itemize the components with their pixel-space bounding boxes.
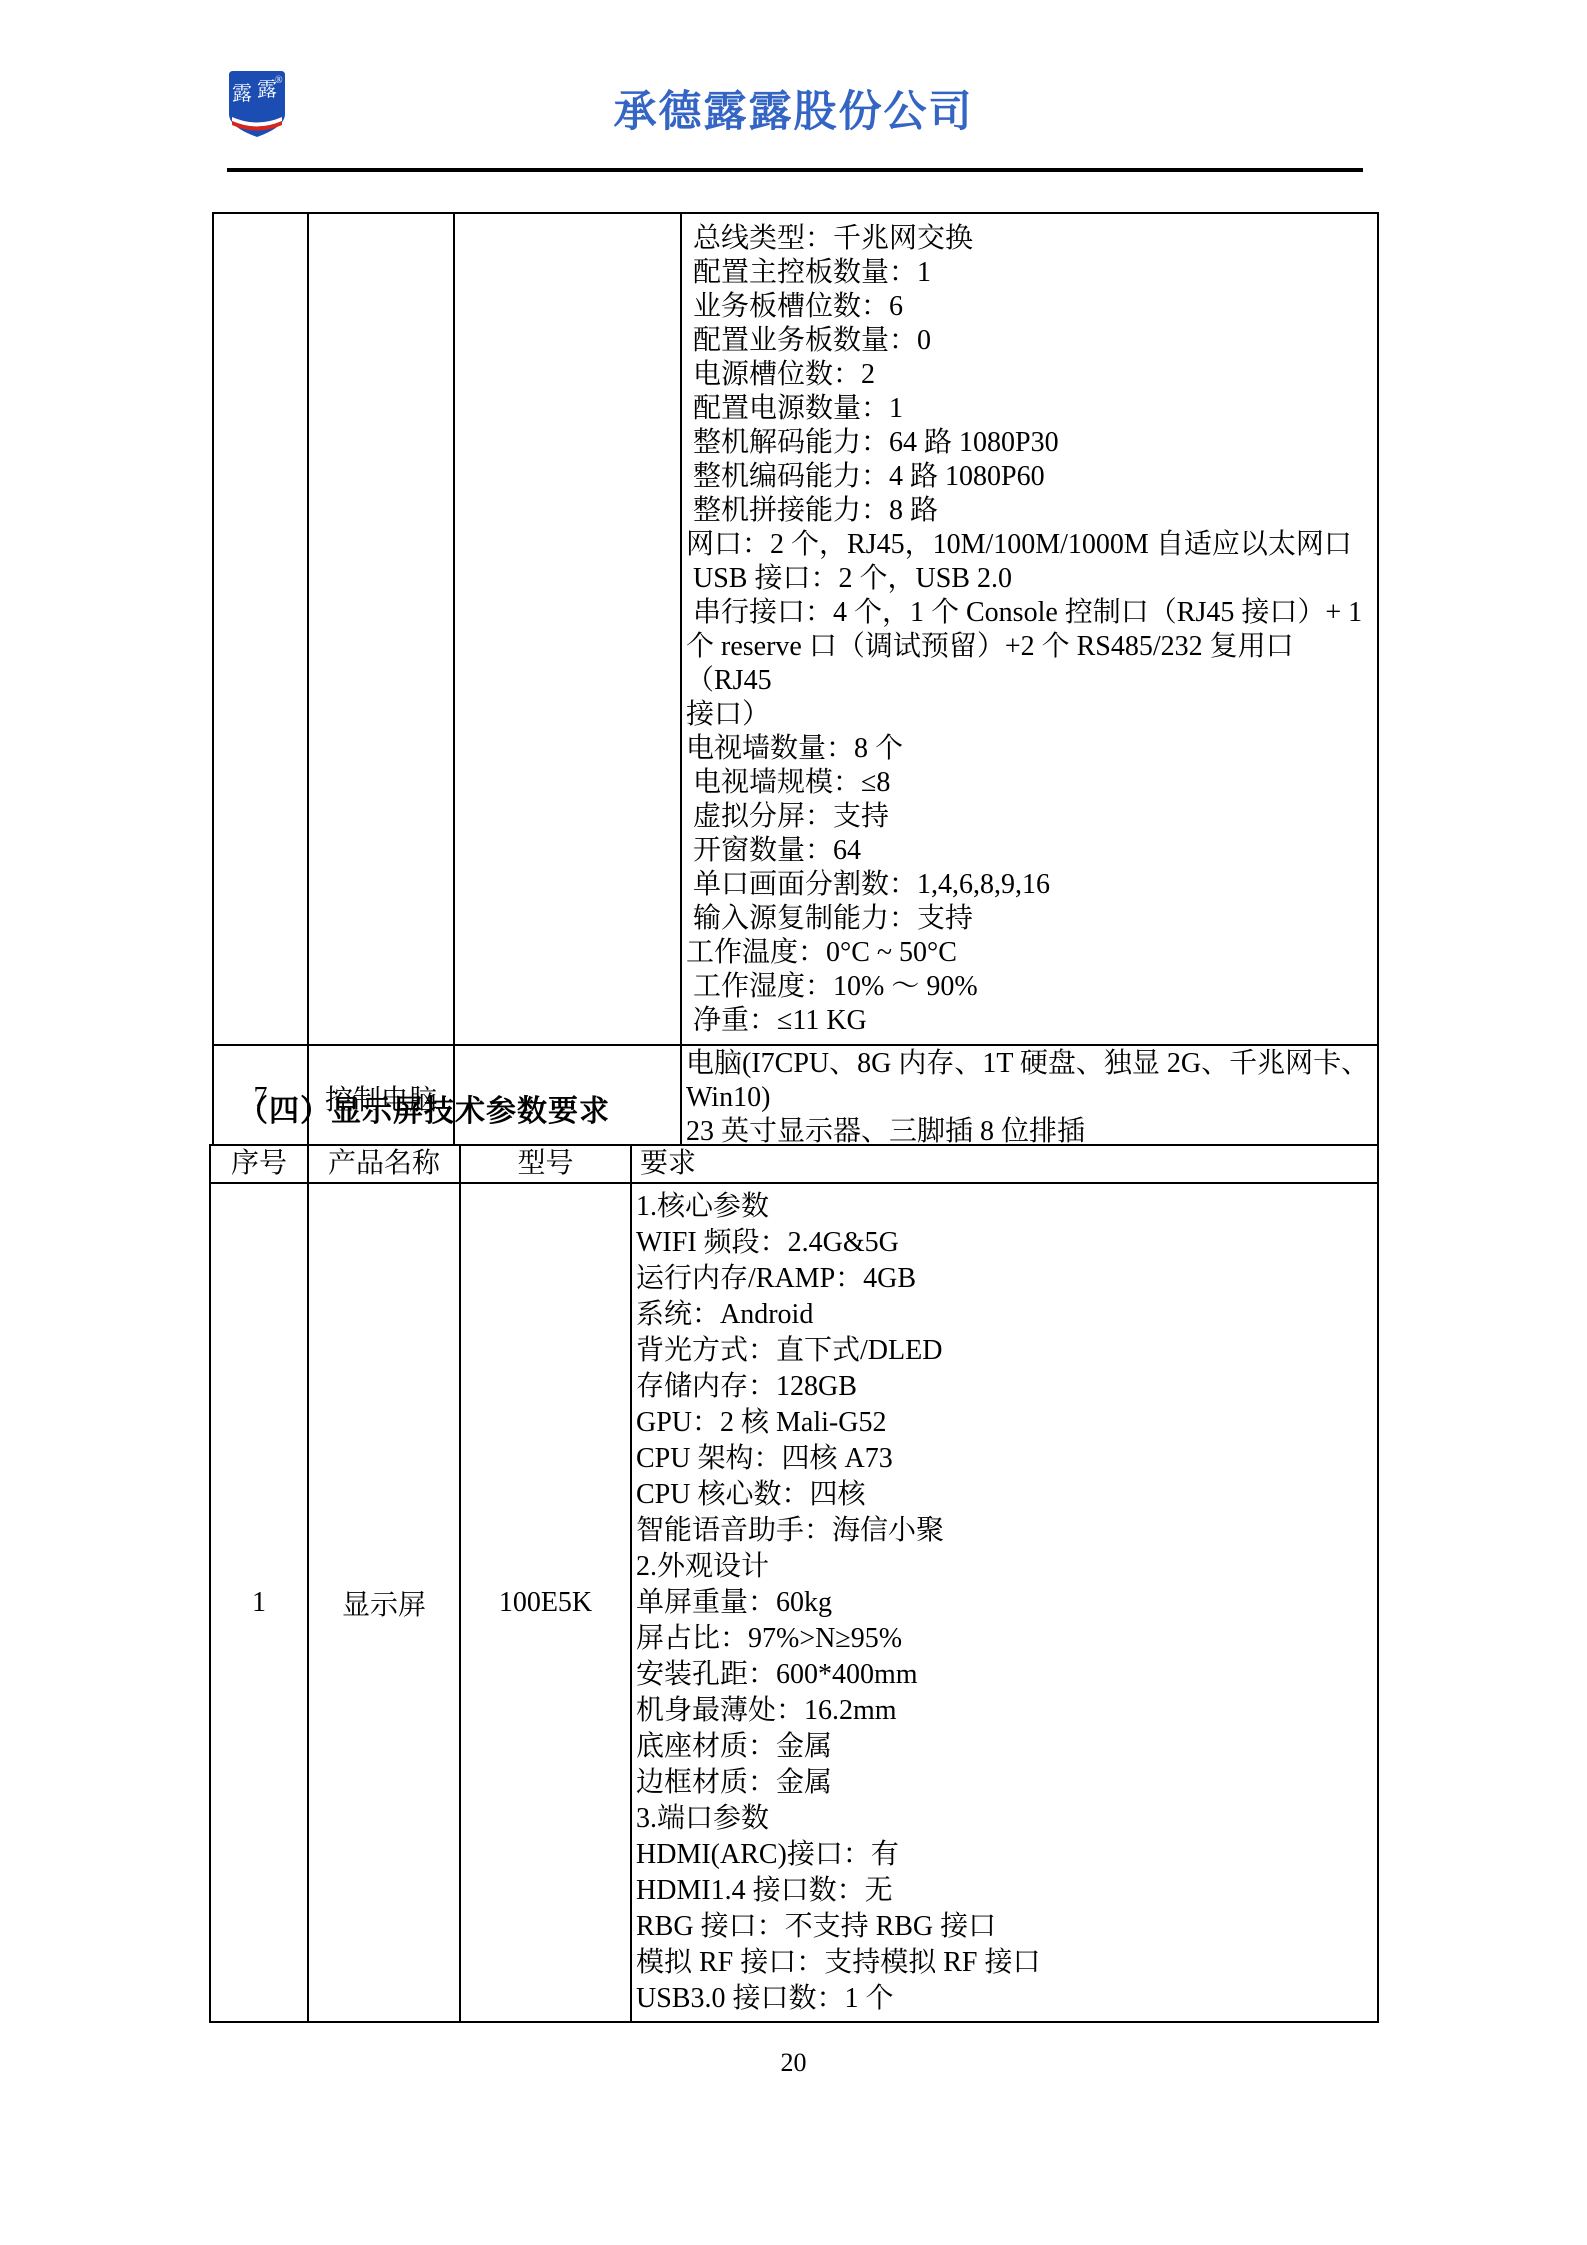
requirement-line: 安装孔距：600*400mm [636,1657,1371,1693]
requirement-line: 智能语音助手：海信小聚 [636,1513,1371,1549]
requirement-line: USB3.0 接口数：1 个 [636,1981,1371,2017]
requirement-line: 业务板槽位数：6 [686,290,1371,324]
header-cell-3: 要求 [630,1146,1377,1182]
seq-cell [214,214,307,1044]
requirements-cell: 1.核心参数WIFI 频段：2.4G&5G运行内存/RAMP：4GB系统：And… [630,1184,1377,2021]
requirement-line: 边框材质：金属 [636,1765,1371,1801]
requirement-line: 3.端口参数 [636,1801,1371,1837]
seq-cell-text: 1 [252,1587,266,1619]
seq-cell: 1 [211,1184,307,2021]
requirement-line: 配置业务板数量：0 [686,324,1371,358]
requirement-line: 电视墙数量：8 个 [686,732,1371,766]
requirement-line: 串行接口：4 个，1 个 Console 控制口（RJ45 接口）+ 1 [686,596,1371,630]
requirement-line: 电源槽位数：2 [686,358,1371,392]
model-cell-text: 100E5K [499,1587,592,1619]
requirement-line: 整机编码能力：4 路 1080P60 [686,460,1371,494]
av-equipment-spec-table: 总线类型：千兆网交换 配置主控板数量：1 业务板槽位数：6 配置业务板数量：0 … [212,212,1379,1152]
requirement-line: 电视墙规模：≤8 [686,766,1371,800]
section-heading: （四）显示屏技术参数要求 [238,1086,610,1130]
requirement-line: 存储内存：128GB [636,1369,1371,1405]
requirement-line: 背光方式：直下式/DLED [636,1333,1371,1369]
requirement-line: 总线类型：千兆网交换 [686,222,1371,256]
requirement-line: 配置电源数量：1 [686,392,1371,426]
requirement-line: 整机解码能力：64 路 1080P30 [686,426,1371,460]
requirement-line: 网口：2 个，RJ45，10M/100M/1000M 自适应以太网口 [686,528,1371,562]
requirement-line: 虚拟分屏：支持 [686,800,1371,834]
requirement-line: 输入源复制能力：支持 [686,902,1371,936]
header-cell-2: 型号 [459,1146,630,1182]
requirement-line: 单口画面分割数：1,4,6,8,9,16 [686,868,1371,902]
requirement-line: RBG 接口：不支持 RBG 接口 [636,1909,1371,1945]
header-cell-3-text: 要求 [640,1146,696,1182]
requirements-cell: 总线类型：千兆网交换 配置主控板数量：1 业务板槽位数：6 配置业务板数量：0 … [680,214,1377,1044]
requirement-line: USB 接口：2 个，USB 2.0 [686,562,1371,596]
product-cell-text: 显示屏 [342,1583,426,1623]
document-page: 露 露 ® 承德露露股份公司 总线类型：千兆网交换 配置主控板数量：1 业务板槽… [0,0,1587,2245]
product-cell: 显示屏 [307,1184,459,2021]
page-number: 20 [0,2048,1587,2078]
requirement-line: 个 reserve 口（调试预留）+2 个 RS485/232 复用口（RJ45 [686,630,1371,698]
requirement-line: 接口） [686,698,1371,732]
requirement-line: 机身最薄处：16.2mm [636,1693,1371,1729]
requirement-line: 电脑(I7CPU、8G 内存、1T 硬盘、独显 2G、千兆网卡、Win10) [686,1047,1371,1115]
requirement-line: 开窗数量：64 [686,834,1371,868]
header-cell-0-text: 序号 [231,1146,287,1182]
requirement-line: HDMI(ARC)接口：有 [636,1837,1371,1873]
requirement-line: GPU：2 核 Mali-G52 [636,1405,1371,1441]
requirement-line: 模拟 RF 接口：支持模拟 RF 接口 [636,1945,1371,1981]
requirement-line: 工作温度：0°C ~ 50°C [686,936,1371,970]
header-cell-1-text: 产品名称 [328,1146,440,1182]
requirement-line: 屏占比：97%>N≥95% [636,1621,1371,1657]
header-cell-1: 产品名称 [307,1146,459,1182]
requirement-line: 运行内存/RAMP：4GB [636,1261,1371,1297]
header-divider [227,168,1363,172]
requirement-line: 工作湿度：10% ～ 90% [686,970,1371,1004]
requirement-line: 2.外观设计 [636,1549,1371,1585]
requirement-line: CPU 核心数：四核 [636,1477,1371,1513]
header-cell-2-text: 型号 [517,1146,573,1182]
model-cell: 100E5K [459,1184,630,2021]
header-cell-0: 序号 [211,1146,307,1182]
requirement-line: CPU 架构：四核 A73 [636,1441,1371,1477]
table-row: 总线类型：千兆网交换 配置主控板数量：1 业务板槽位数：6 配置业务板数量：0 … [214,214,1377,1044]
requirement-line: 整机拼接能力：8 路 [686,494,1371,528]
company-name: 承德露露股份公司 [0,78,1587,139]
display-spec-table: 序号产品名称型号要求1显示屏100E5K1.核心参数WIFI 频段：2.4G&5… [209,1144,1379,2023]
requirement-line: 底座材质：金属 [636,1729,1371,1765]
requirement-line: HDMI1.4 接口数：无 [636,1873,1371,1909]
model-cell [453,214,680,1044]
table-header-row: 序号产品名称型号要求 [211,1146,1377,1182]
table-row: 1显示屏100E5K1.核心参数WIFI 频段：2.4G&5G运行内存/RAMP… [211,1182,1377,2021]
requirement-line: 系统：Android [636,1297,1371,1333]
product-cell [307,214,453,1044]
requirement-line: 单屏重量：60kg [636,1585,1371,1621]
requirement-line: 配置主控板数量：1 [686,256,1371,290]
requirements-cell: 电脑(I7CPU、8G 内存、1T 硬盘、独显 2G、千兆网卡、Win10)23… [680,1046,1377,1150]
requirement-line: 1.核心参数 [636,1189,1371,1225]
requirement-line: WIFI 频段：2.4G&5G [636,1225,1371,1261]
requirement-line: 净重：≤11 KG [686,1004,1371,1038]
